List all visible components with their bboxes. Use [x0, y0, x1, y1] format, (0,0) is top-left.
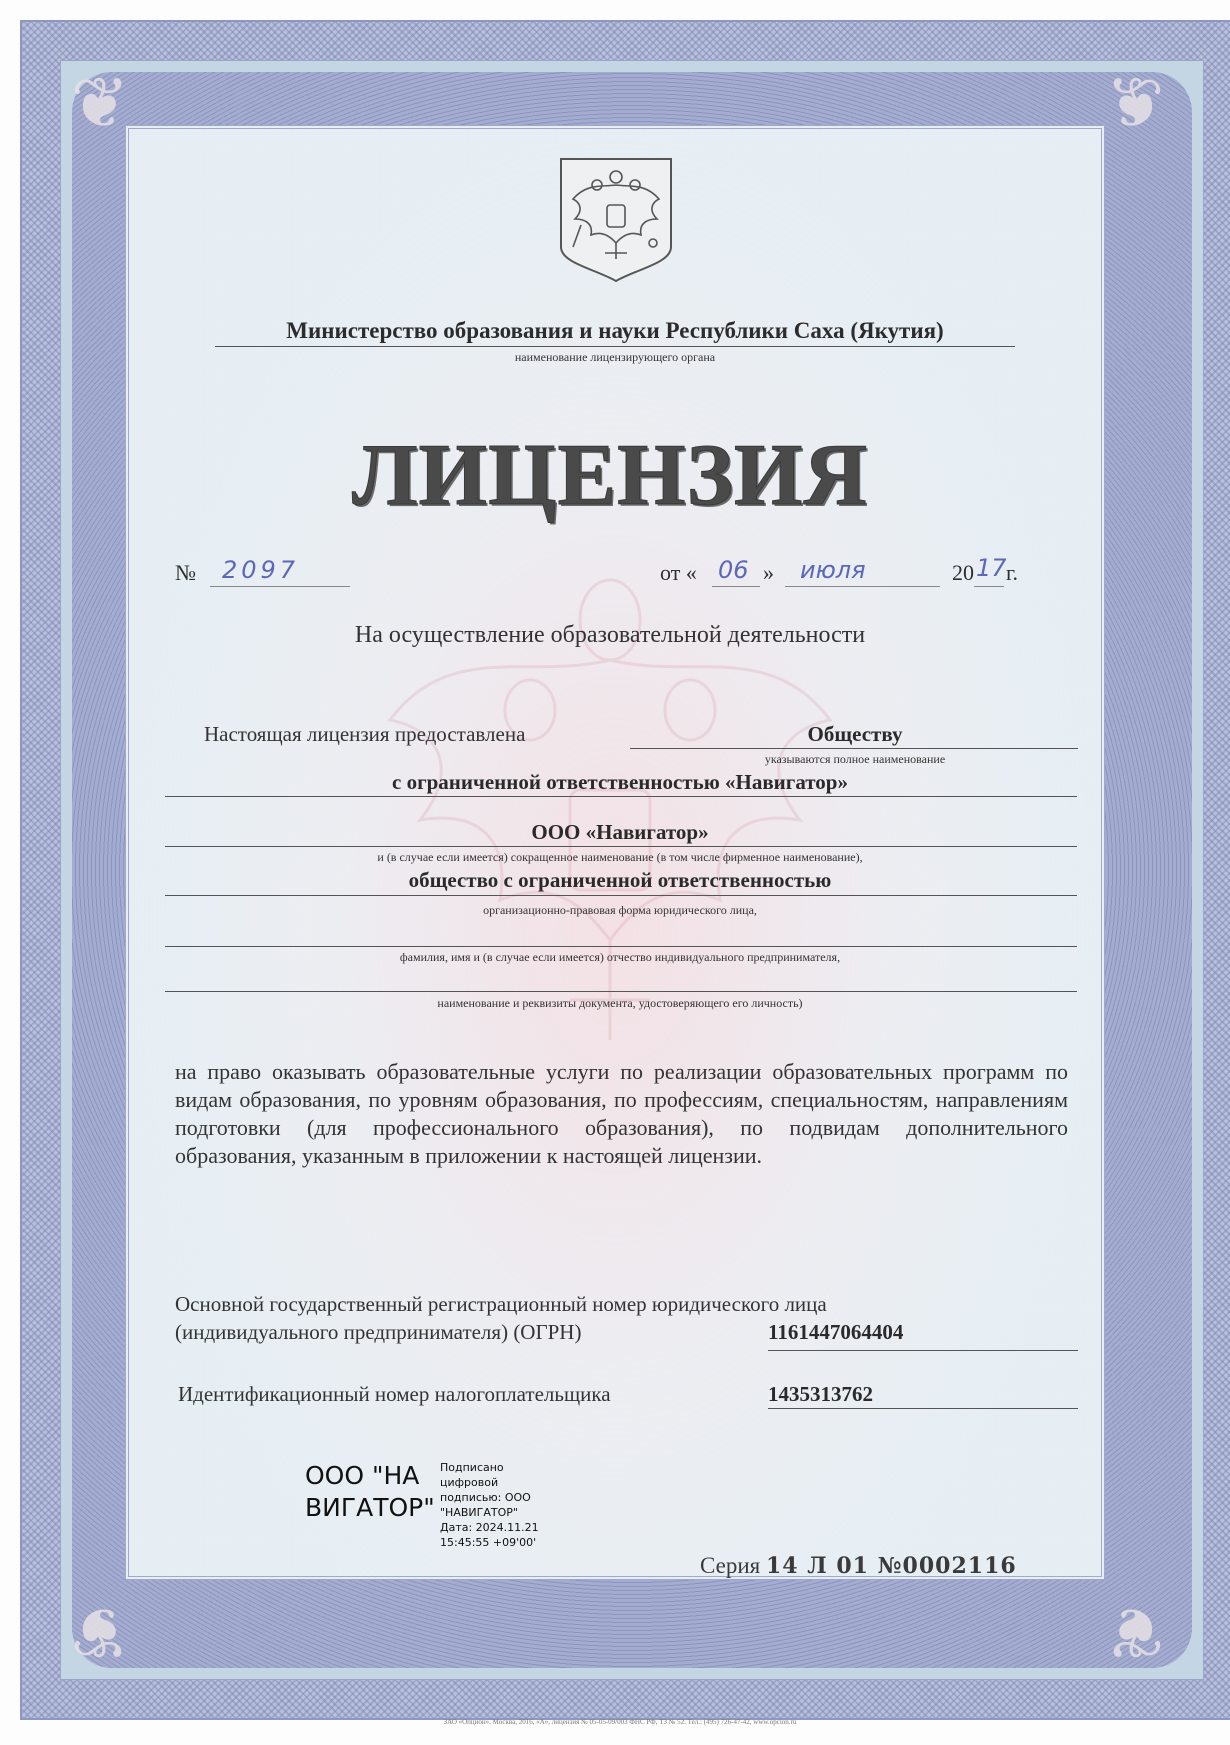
inn-value: 1435313762: [768, 1382, 873, 1407]
ogrn-underline: [768, 1350, 1078, 1351]
date-year-underline: [974, 586, 1004, 587]
signature-detail-line: Дата: 2024.11.21: [440, 1520, 560, 1535]
identity-doc-underline: [165, 991, 1077, 992]
date-year-prefix: 20: [952, 560, 974, 586]
date-day-underline: [712, 586, 760, 587]
ogrn-label-line2: (индивидуального предпринимателя) (ОГРН): [175, 1320, 581, 1345]
authority-caption: наименование лицензирующего органа: [200, 350, 1030, 365]
series-label: Серия: [700, 1553, 760, 1578]
legal-form-caption: организационно-правовая форма юридическо…: [160, 903, 1080, 918]
granted-to-label: Настоящая лицензия предоставлена: [204, 722, 525, 747]
corner-scroll-ornament-icon: ❦: [55, 60, 145, 150]
entrepreneur-underline: [165, 946, 1077, 947]
inn-label: Идентификационный номер налогоплательщик…: [178, 1382, 611, 1407]
date-separator: »: [763, 560, 774, 586]
license-number-underline: [210, 586, 350, 587]
short-name-caption: и (в случае если имеется) сокращенное на…: [160, 850, 1080, 865]
legal-form: общество с ограниченной ответственностью: [160, 868, 1080, 893]
corner-scroll-ornament-icon: ❦: [55, 1585, 145, 1675]
authority-underline: [215, 346, 1015, 347]
legal-form-underline: [165, 895, 1077, 896]
signer-name: ООО "НАВИГАТОР": [305, 1460, 435, 1524]
signature-details: Подписано цифровой подписью: ООО "НАВИГА…: [440, 1460, 560, 1550]
short-name-underline: [165, 846, 1077, 847]
licensing-authority: Министерство образования и науки Республ…: [200, 318, 1030, 344]
signature-detail-line: 15:45:55 +09'00': [440, 1535, 560, 1550]
signature-detail-line: подписью: ООО: [440, 1490, 560, 1505]
license-rights-text: на право оказывать образовательные услуг…: [175, 1058, 1068, 1170]
date-year-unit: г.: [1006, 560, 1018, 586]
document-title: ЛИЦЕНЗИЯ: [330, 425, 890, 526]
full-name-line2: с ограниченной ответственностью «Навигат…: [160, 770, 1080, 795]
ogrn-label-line1: Основной государственный регистрационный…: [175, 1292, 827, 1317]
series-number: 14 Л 01 №0002116: [766, 1553, 1017, 1579]
signature-detail-line: цифровой: [440, 1475, 560, 1490]
date-month-underline: [785, 586, 940, 587]
signature-detail-line: Подписано: [440, 1460, 560, 1475]
license-number-value: 2097: [222, 556, 299, 584]
corner-scroll-ornament-icon: ❦: [1090, 1585, 1180, 1675]
full-name-line1: Обществу: [630, 722, 1080, 747]
date-year-suffix: 17: [976, 554, 1007, 582]
printer-imprint: ЗАО «Опцион», Москва, 2016, «А», лицензи…: [300, 1718, 940, 1726]
short-name: ООО «Навигатор»: [160, 820, 1080, 845]
russian-coat-of-arms-icon: [557, 155, 675, 283]
licensed-activity: На осуществление образовательной деятель…: [160, 622, 1060, 649]
inn-underline: [768, 1408, 1078, 1409]
identity-doc-caption: наименование и реквизиты документа, удос…: [160, 996, 1080, 1011]
ogrn-value: 1161447064404: [768, 1320, 903, 1345]
date-month: июля: [800, 556, 866, 584]
blank-series: Серия 14 Л 01 №0002116: [700, 1553, 1017, 1579]
license-number-label: №: [175, 560, 196, 586]
date-prefix: от «: [660, 560, 697, 586]
full-name-underline-1: [630, 748, 1078, 749]
full-name-caption: указываются полное наименование: [630, 752, 1080, 767]
full-name-underline-2: [165, 796, 1077, 797]
date-day: 06: [718, 556, 749, 584]
entrepreneur-caption: фамилия, имя и (в случае если имеется) о…: [160, 950, 1080, 965]
corner-scroll-ornament-icon: ❦: [1090, 60, 1180, 150]
signature-detail-line: "НАВИГАТОР": [440, 1505, 560, 1520]
